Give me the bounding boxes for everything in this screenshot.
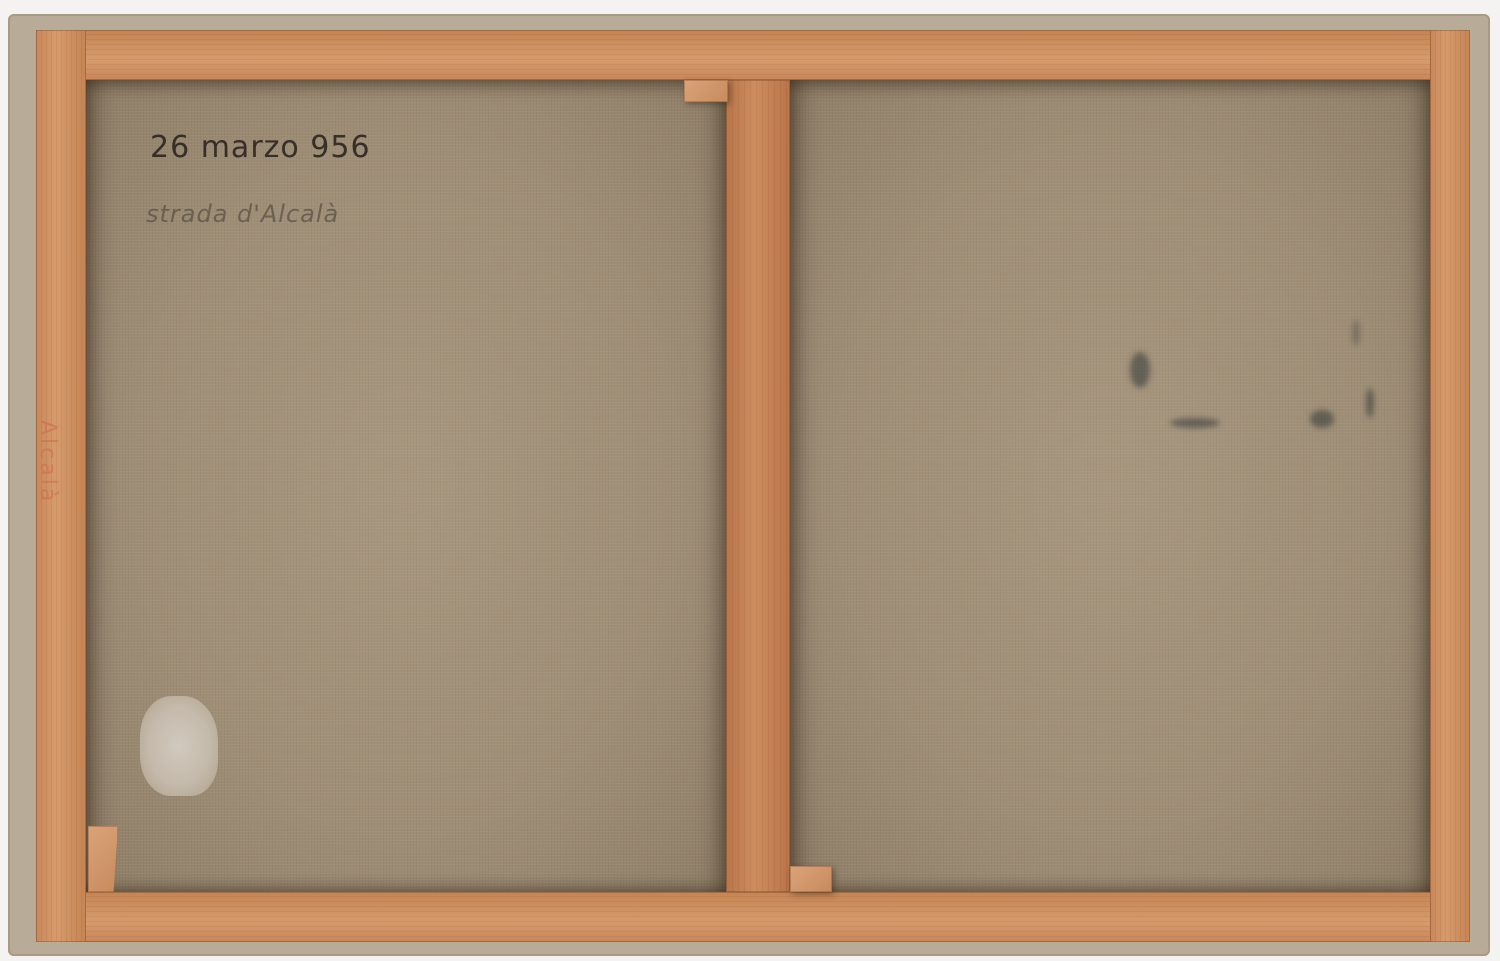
stretcher-bar-bottom [36,892,1468,942]
canvas-back-photo: 26 marzo 956 strada d'Alcalà Alcalà [0,0,1500,961]
paint-smudge [1130,352,1150,388]
paint-smudge [1170,418,1220,428]
handwritten-date: 26 marzo 956 [150,130,371,165]
stretcher-bar-right [1430,30,1470,942]
stretcher-bar-top [36,30,1468,80]
linen-panel-right [790,80,1430,892]
paint-smudge [1352,320,1360,346]
corner-key-bottom-middle [790,866,832,892]
handwritten-title: strada d'Alcalà [146,200,339,228]
paint-smudge [1310,410,1334,428]
corner-key-top-middle [684,80,728,102]
red-pencil-side-mark: Alcalà [35,420,60,504]
stretcher-crossbar-middle [726,80,790,892]
paint-smudge [1366,388,1374,418]
corner-key-bottom-left [88,826,118,892]
canvas-patch-damage [140,696,218,796]
